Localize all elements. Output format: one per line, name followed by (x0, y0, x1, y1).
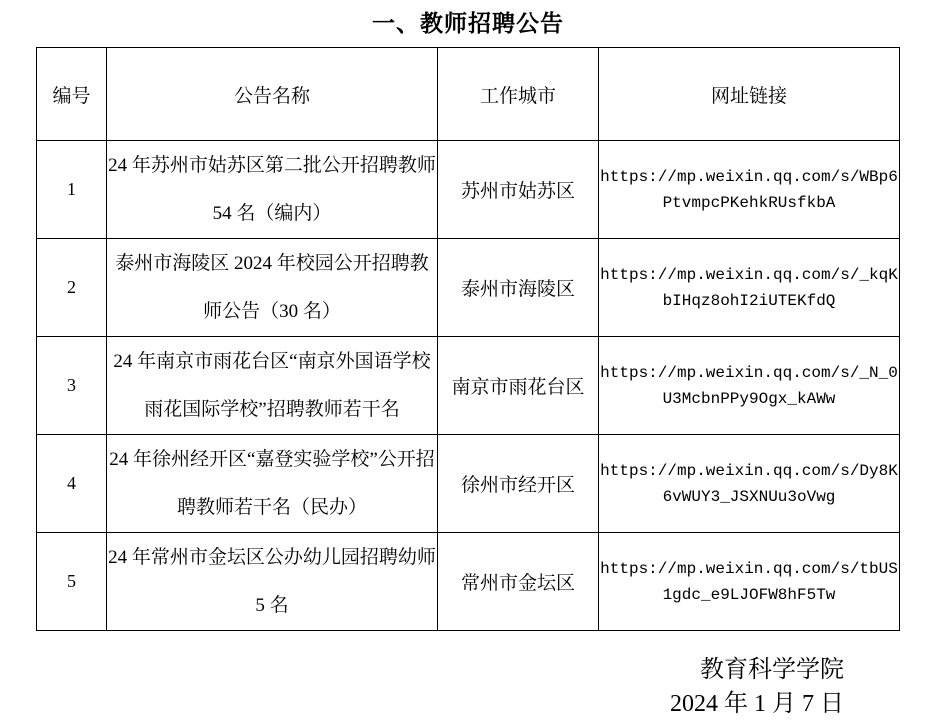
work-city-cell: 泰州市海陵区 (438, 239, 599, 337)
announcement-name-cell: 24 年苏州市姑苏区第二批公开招聘教师 54 名（编内） (107, 141, 438, 239)
header-number: 编号 (37, 48, 107, 141)
table-row: 2 泰州市海陵区 2024 年校园公开招聘教师公告（30 名） 泰州市海陵区 h… (37, 239, 900, 337)
table-header-row: 编号 公告名称 工作城市 网址链接 (37, 48, 900, 141)
work-city-cell: 苏州市姑苏区 (438, 141, 599, 239)
table-row: 5 24 年常州市金坛区公办幼儿园招聘幼师 5 名 常州市金坛区 https:/… (37, 533, 900, 631)
announcement-name-cell: 24 年南京市雨花台区“南京外国语学校雨花国际学校”招聘教师若干名 (107, 337, 438, 435)
url-cell: https://mp.weixin.qq.com/s/WBp6PtvmpcPKe… (599, 141, 900, 239)
url-cell: https://mp.weixin.qq.com/s/tbUS1gdc_e9LJ… (599, 533, 900, 631)
announcement-name-cell: 24 年常州市金坛区公办幼儿园招聘幼师 5 名 (107, 533, 438, 631)
url-cell: https://mp.weixin.qq.com/s/Dy8K6vWUY3_JS… (599, 435, 900, 533)
document-page: 一、教师招聘公告 编号 公告名称 工作城市 网址链接 1 24 年苏州市姑苏区第… (0, 0, 936, 723)
work-city-cell: 常州市金坛区 (438, 533, 599, 631)
page-title: 一、教师招聘公告 (0, 0, 936, 38)
document-footer: 教育科学学院 2024 年 1 月 7 日 (0, 653, 936, 721)
signature-date: 2024 年 1 月 7 日 (0, 687, 844, 721)
table-row: 1 24 年苏州市姑苏区第二批公开招聘教师 54 名（编内） 苏州市姑苏区 ht… (37, 141, 900, 239)
row-number-cell: 2 (37, 239, 107, 337)
header-announcement-name: 公告名称 (107, 48, 438, 141)
announcement-name-cell: 泰州市海陵区 2024 年校园公开招聘教师公告（30 名） (107, 239, 438, 337)
announcement-name-cell: 24 年徐州经开区“嘉登实验学校”公开招聘教师若干名（民办） (107, 435, 438, 533)
row-number-cell: 4 (37, 435, 107, 533)
row-number-cell: 1 (37, 141, 107, 239)
work-city-cell: 徐州市经开区 (438, 435, 599, 533)
url-cell: https://mp.weixin.qq.com/s/_N_0U3McbnPPy… (599, 337, 900, 435)
row-number-cell: 5 (37, 533, 107, 631)
table-row: 4 24 年徐州经开区“嘉登实验学校”公开招聘教师若干名（民办） 徐州市经开区 … (37, 435, 900, 533)
row-number-cell: 3 (37, 337, 107, 435)
url-cell: https://mp.weixin.qq.com/s/_kqKbIHqz8ohI… (599, 239, 900, 337)
work-city-cell: 南京市雨花台区 (438, 337, 599, 435)
signature-organization: 教育科学学院 (0, 653, 844, 687)
header-work-city: 工作城市 (438, 48, 599, 141)
announcement-table: 编号 公告名称 工作城市 网址链接 1 24 年苏州市姑苏区第二批公开招聘教师 … (36, 47, 900, 631)
header-url-link: 网址链接 (599, 48, 900, 141)
table-row: 3 24 年南京市雨花台区“南京外国语学校雨花国际学校”招聘教师若干名 南京市雨… (37, 337, 900, 435)
